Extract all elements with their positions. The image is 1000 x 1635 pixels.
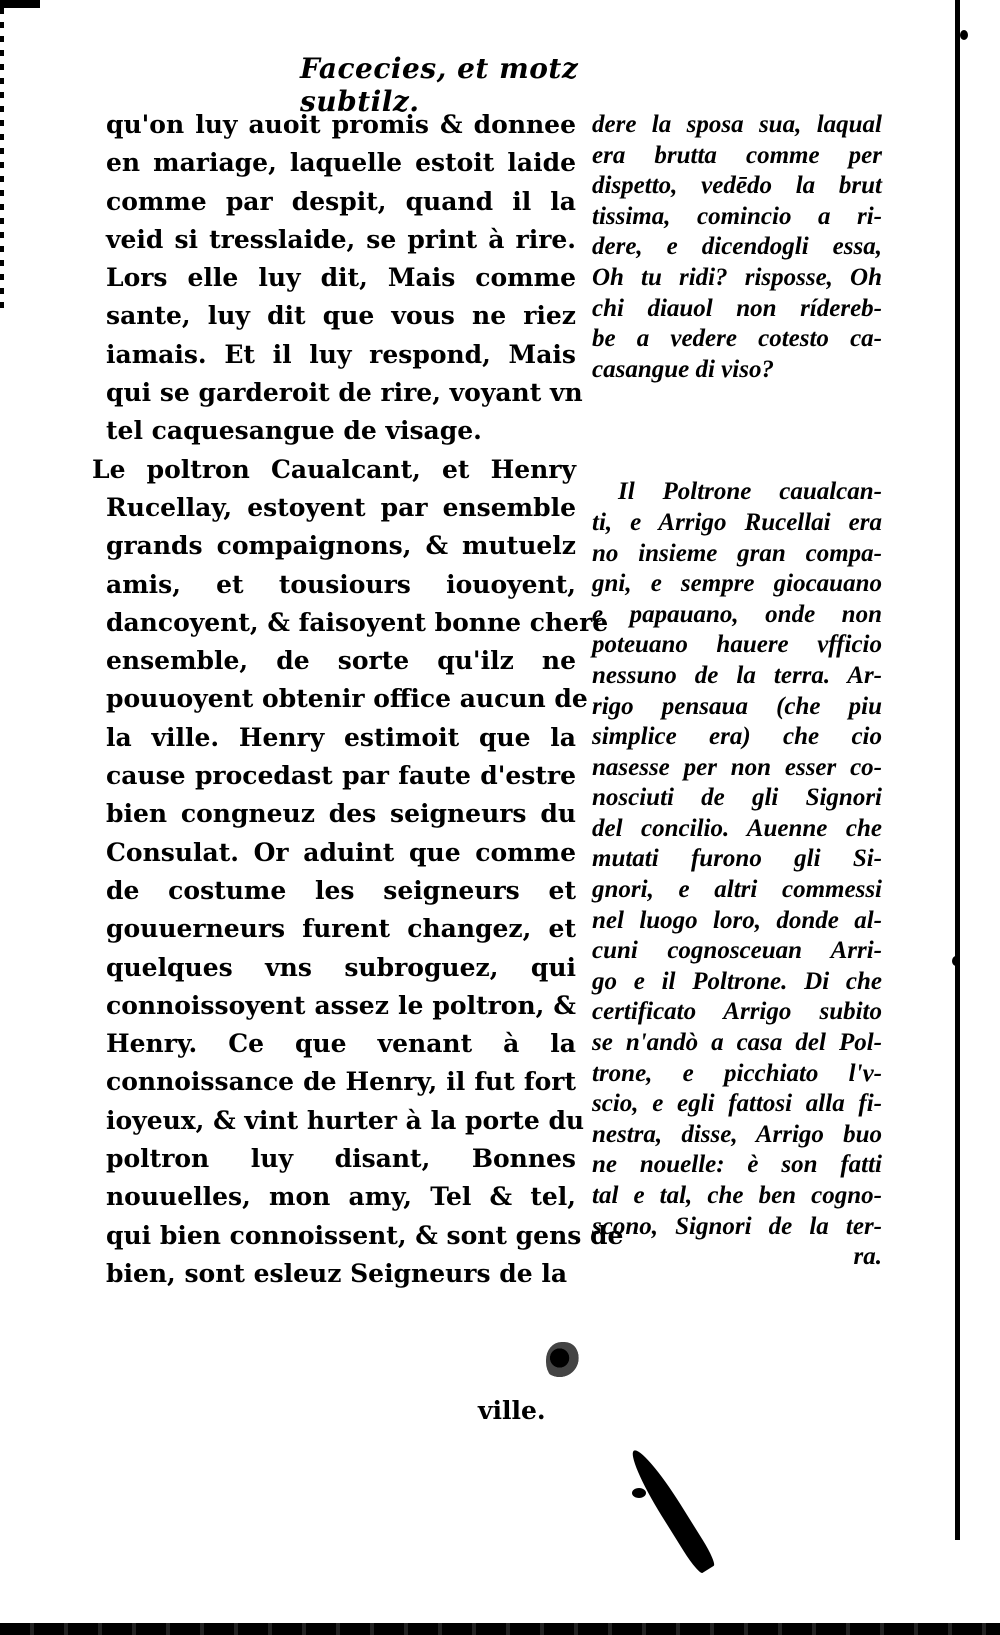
text-line: ioyeux, & vint hurter à la porte du	[106, 1102, 576, 1140]
text-line: comme par despit, quand il la	[106, 183, 576, 221]
text-line: connoissoyent assez le poltron, &	[106, 987, 576, 1025]
text-line: nasesse per non esser co-	[592, 753, 882, 784]
scan-border-top	[0, 0, 40, 8]
text-line: be a vedere cotesto ca-	[592, 324, 882, 355]
catchword: ville.	[478, 1396, 546, 1425]
text-line: nessuno de la terra. Ar-	[592, 661, 882, 692]
text-line: dere, e dicendogli essa,	[592, 232, 882, 263]
text-line: Lors elle luy dit, Mais comme	[106, 259, 576, 297]
paragraph-gap	[592, 385, 882, 477]
text-line: scono, Signori de la ter-	[592, 1212, 882, 1243]
text-line: ti, e Arrigo Rucellai era	[592, 508, 882, 539]
final-line: ra.	[592, 1242, 882, 1273]
french-column: qu'on luy auoit promis & donnee en maria…	[106, 106, 576, 1293]
text-line: bien congneuz des seigneurs du	[106, 795, 576, 833]
text-line: poteuano hauere vfficio	[592, 630, 882, 661]
text-line: pouuoyent obtenir office aucun de	[106, 680, 576, 718]
ink-blot	[632, 1488, 646, 1498]
text-line: Rucellay, estoyent par ensemble	[106, 489, 576, 527]
text-line: tal e tal, che ben cogno-	[592, 1181, 882, 1212]
paragraph-start-line: Il Poltrone caualcan-	[592, 477, 882, 508]
scan-border-left	[0, 8, 4, 308]
text-line: amis, et tousiours iouoyent,	[106, 566, 576, 604]
text-line: qui bien connoissent, & sont gens de	[106, 1217, 576, 1255]
text-line: e papauano, onde non	[592, 600, 882, 631]
text-line: la ville. Henry estimoit que la	[106, 719, 576, 757]
text-line: certificato Arrigo subito	[592, 997, 882, 1028]
scan-border-bottom	[0, 1623, 1000, 1635]
text-line: cuni cognosceuan Arri-	[592, 936, 882, 967]
text-line: quelques vns subroguez, qui	[106, 949, 576, 987]
text-line: gnori, e altri commessi	[592, 875, 882, 906]
printer-ornament-icon	[546, 1342, 580, 1382]
text-line: sante, luy dit que vous ne riez	[106, 297, 576, 335]
text-line: nel luogo loro, donde al-	[592, 906, 882, 937]
text-line: gouuerneurs furent changez, et	[106, 910, 576, 948]
paragraph-start-line: Le poltron Caualcant, et Henry	[92, 451, 576, 489]
text-line: del concilio. Auenne che	[592, 814, 882, 845]
scan-border-right	[955, 0, 960, 1540]
italian-column: dere la sposa sua, laqual era brutta com…	[592, 110, 882, 1273]
text-line: simplice era) che cio	[592, 722, 882, 753]
text-line: chi diauol non rídereb-	[592, 294, 882, 325]
text-line: qu'on luy auoit promis & donnee	[106, 106, 576, 144]
text-line: en mariage, laquelle estoit laide	[106, 144, 576, 182]
text-line: nestra, disse, Arrigo buo	[592, 1120, 882, 1151]
text-line: veid si tresslaide, se print à rire.	[106, 221, 576, 259]
text-line: tel caquesangue de visage.	[106, 412, 576, 450]
text-line: mutati furono gli Si-	[592, 844, 882, 875]
text-line: de costume les seigneurs et	[106, 872, 576, 910]
text-line: cause procedast par faute d'estre	[106, 757, 576, 795]
text-line: ne nouelle: è son fatti	[592, 1150, 882, 1181]
ink-dot	[960, 30, 968, 40]
text-line: trone, e picchiato l'v-	[592, 1059, 882, 1090]
text-line: Consulat. Or aduint que comme	[106, 834, 576, 872]
text-line: nosciuti de gli Signori	[592, 783, 882, 814]
text-line: go e il Poltrone. Di che	[592, 967, 882, 998]
text-line: no insieme gran compa-	[592, 539, 882, 570]
text-line: rigo pensaua (che piu	[592, 692, 882, 723]
text-line: Henry. Ce que venant à la	[106, 1025, 576, 1063]
text-line: tissima, comincio a ri-	[592, 202, 882, 233]
text-line: qui se garderoit de rire, voyant vn	[106, 374, 576, 412]
text-line: Oh tu ridi? risposse, Oh	[592, 263, 882, 294]
text-line: casangue di viso?	[592, 355, 882, 386]
text-line: ensemble, de sorte qu'ilz ne	[106, 642, 576, 680]
text-line: grands compaignons, & mutuelz	[106, 527, 576, 565]
text-line: bien, sont esleuz Seigneurs de la	[106, 1255, 546, 1293]
text-line: nouuelles, mon amy, Tel & tel,	[106, 1178, 576, 1216]
text-line: era brutta comme per	[592, 141, 882, 172]
text-line: poltron luy disant, Bonnes	[106, 1140, 576, 1178]
text-line: dere la sposa sua, laqual	[592, 110, 882, 141]
text-line: connoissance de Henry, il fut fort	[106, 1063, 576, 1101]
text-line: iamais. Et il luy respond, Mais	[106, 336, 576, 374]
ink-smudge	[625, 1445, 718, 1575]
text-line: gni, e sempre giocauano	[592, 569, 882, 600]
margin-mark	[952, 956, 960, 966]
text-line: dispetto, vedēdo la brut	[592, 171, 882, 202]
text-line: scio, e egli fattosi alla fi-	[592, 1089, 882, 1120]
text-line: se n'andò a casa del Pol-	[592, 1028, 882, 1059]
text-line: dancoyent, & faisoyent bonne chere	[106, 604, 576, 642]
